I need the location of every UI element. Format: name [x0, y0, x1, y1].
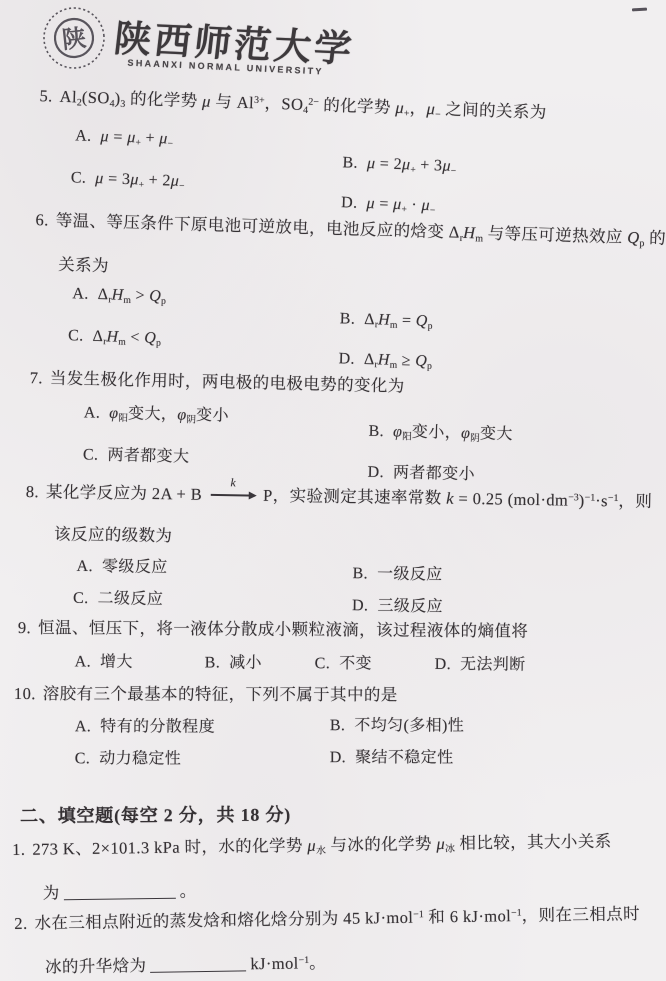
question-5-stem: 5.Al2(SO4)3 的化学势 μ 与 Al3+，SO42− 的化学势 μ+，… [39, 82, 547, 124]
q8-option-a: A.零级反应 [76, 553, 167, 577]
q8-option-c: C.二级反应 [73, 585, 163, 609]
rate-constant-label: k [230, 477, 236, 489]
question-7: 7.当发生极化作用时，两电极的电极电势的变化为 A.φ阳变大，φ阴变小 B.φ阳… [23, 364, 649, 490]
q7-option-d: D.两者都变小 [367, 459, 475, 484]
question-10-stem: 10.溶胶有三个最基本的特征，下列不属于其中的是 [14, 680, 398, 705]
fill-in-2-line1: 2.水在三相点附近的蒸发焓和熔化焓分别为 45 kJ·mol−1 和 6 kJ·… [14, 900, 640, 934]
seal-character: 陕 [61, 24, 88, 54]
university-name-cn: 陕西师范大学 [112, 8, 358, 73]
q9-option-c: C.不变 [315, 650, 372, 673]
q5-option-b: B.μ = 2μ+ + 3μ− [342, 154, 456, 177]
q10-option-b: B.不均匀(多相)性 [330, 712, 464, 735]
question-number: 8. [26, 482, 39, 501]
question-text: 273 K、2×101.3 kPa 时，水的化学势 μ水 与冰的化学势 μ冰 相… [32, 832, 611, 859]
question-number: 1. [12, 840, 25, 859]
question-number: 7. [29, 368, 43, 387]
q9-option-d: D.无法判断 [435, 651, 526, 675]
university-logotype: 陕西师范大学 SHAANXI NORMAL UNIVERSITY [113, 8, 355, 78]
q10-option-a: A.特有的分散程度 [75, 713, 215, 736]
section-2-title: 二、填空题(每空 2 分，共 18 分) [20, 801, 291, 828]
section-2-header: 二、填空题(每空 2 分，共 18 分) [20, 801, 291, 828]
q6-option-d: D.ΔrHm ≥ Qp [338, 350, 432, 372]
question-number: 9. [18, 618, 31, 637]
blank-prefix: 冰的升华焓为 [45, 956, 147, 977]
question-number: 10. [14, 684, 36, 703]
blank-suffix: kJ·mol−1。 [250, 953, 326, 973]
fill-in-2: 2.水在三相点附近的蒸发焓和熔化焓分别为 45 kJ·mol−1 和 6 kJ·… [14, 892, 659, 980]
fill-in-1-line1: 1.273 K、2×101.3 kPa 时，水的化学势 μ水 与冰的化学势 μ冰… [12, 828, 612, 861]
question-9: 9.恒温、恒压下，将一液体分散成小颗粒液滴，该过程液体的熵值将 A.增大 B.减… [16, 614, 650, 682]
q6-option-b: B.ΔrHm = Qp [339, 310, 432, 332]
q7-option-c: C.两者都变大 [83, 441, 190, 466]
q6-option-c: C.ΔrHm < Qp [68, 327, 161, 349]
q9-option-a: A.增大 [75, 648, 133, 671]
question-number: 5. [39, 86, 53, 105]
question-text-post: P，实验测定其速率常数 k = 0.25 (mol·dm−3)−1·s−1，则 [263, 486, 652, 511]
q6-option-a: A.ΔrHm > Qp [72, 285, 166, 307]
blank-prefix: 为 [43, 883, 60, 902]
question-9-stem: 9.恒温、恒压下，将一液体分散成小颗粒液滴，该过程液体的熵值将 [18, 614, 528, 642]
question-8: 8.某化学反应为 2A + BkP，实验测定其速率常数 k = 0.25 (mo… [22, 478, 654, 628]
q7-option-a: A.φ阳变大，φ阴变小 [84, 399, 230, 426]
question-text: 溶胶有三个最基本的特征，下列不属于其中的是 [43, 684, 398, 704]
q7-option-b: B.φ阳变小，φ阴变大 [368, 418, 513, 445]
scanned-exam-page: { "header": { "seal_char": "陕", "univers… [0, 0, 666, 981]
reaction-arrow-icon: k [211, 494, 255, 497]
question-text: 恒温、恒压下，将一液体分散成小颗粒液滴，该过程液体的熵值将 [38, 618, 528, 640]
question-6: 6.等温、等压条件下原电池可逆放电，电池反应的焓变 ΔrHm 与等压可逆热效应 … [25, 206, 650, 389]
answer-blank [150, 954, 246, 973]
q5-option-c: C.μ = 3μ+ + 2μ− [71, 169, 185, 192]
answer-blank [64, 881, 176, 900]
question-number: 2. [14, 914, 27, 933]
question-6-stem-cont: 关系为 [58, 251, 109, 276]
question-text: 当发生极化作用时，两电极的电极电势的变化为 [50, 369, 405, 396]
q5-option-a: A.μ = μ+ + μ− [75, 127, 174, 149]
fill-in-2-line2: 冰的升华焓为kJ·mol−1。 [45, 949, 326, 977]
q10-option-d: D.聚结不稳定性 [330, 744, 454, 767]
university-seal-icon: 陕 [39, 3, 109, 73]
question-text: Al2(SO4)3 的化学势 μ 与 Al3+，SO42− 的化学势 μ+，μ−… [59, 87, 547, 122]
question-text: 水在三相点附近的蒸发焓和熔化焓分别为 45 kJ·mol−1 和 6 kJ·mo… [34, 904, 640, 933]
question-8-stem-cont: 该反应的级数为 [54, 520, 173, 546]
question-text-pre: 某化学反应为 2A + B [46, 482, 202, 503]
question-10: 10.溶胶有三个最基本的特征，下列不属于其中的是 A.特有的分散程度 B.不均匀… [12, 680, 652, 782]
q8-option-b: B.一级反应 [352, 560, 442, 584]
scan-stray-mark [632, 8, 647, 12]
question-number: 6. [35, 210, 49, 229]
q8-option-d: D.三级反应 [352, 592, 443, 616]
q5-option-d: D.μ = μ+ · μ− [341, 194, 436, 216]
q10-option-c: C.动力稳定性 [75, 745, 182, 768]
blank-suffix: 。 [180, 881, 197, 900]
q9-option-b: B.减小 [205, 649, 262, 672]
